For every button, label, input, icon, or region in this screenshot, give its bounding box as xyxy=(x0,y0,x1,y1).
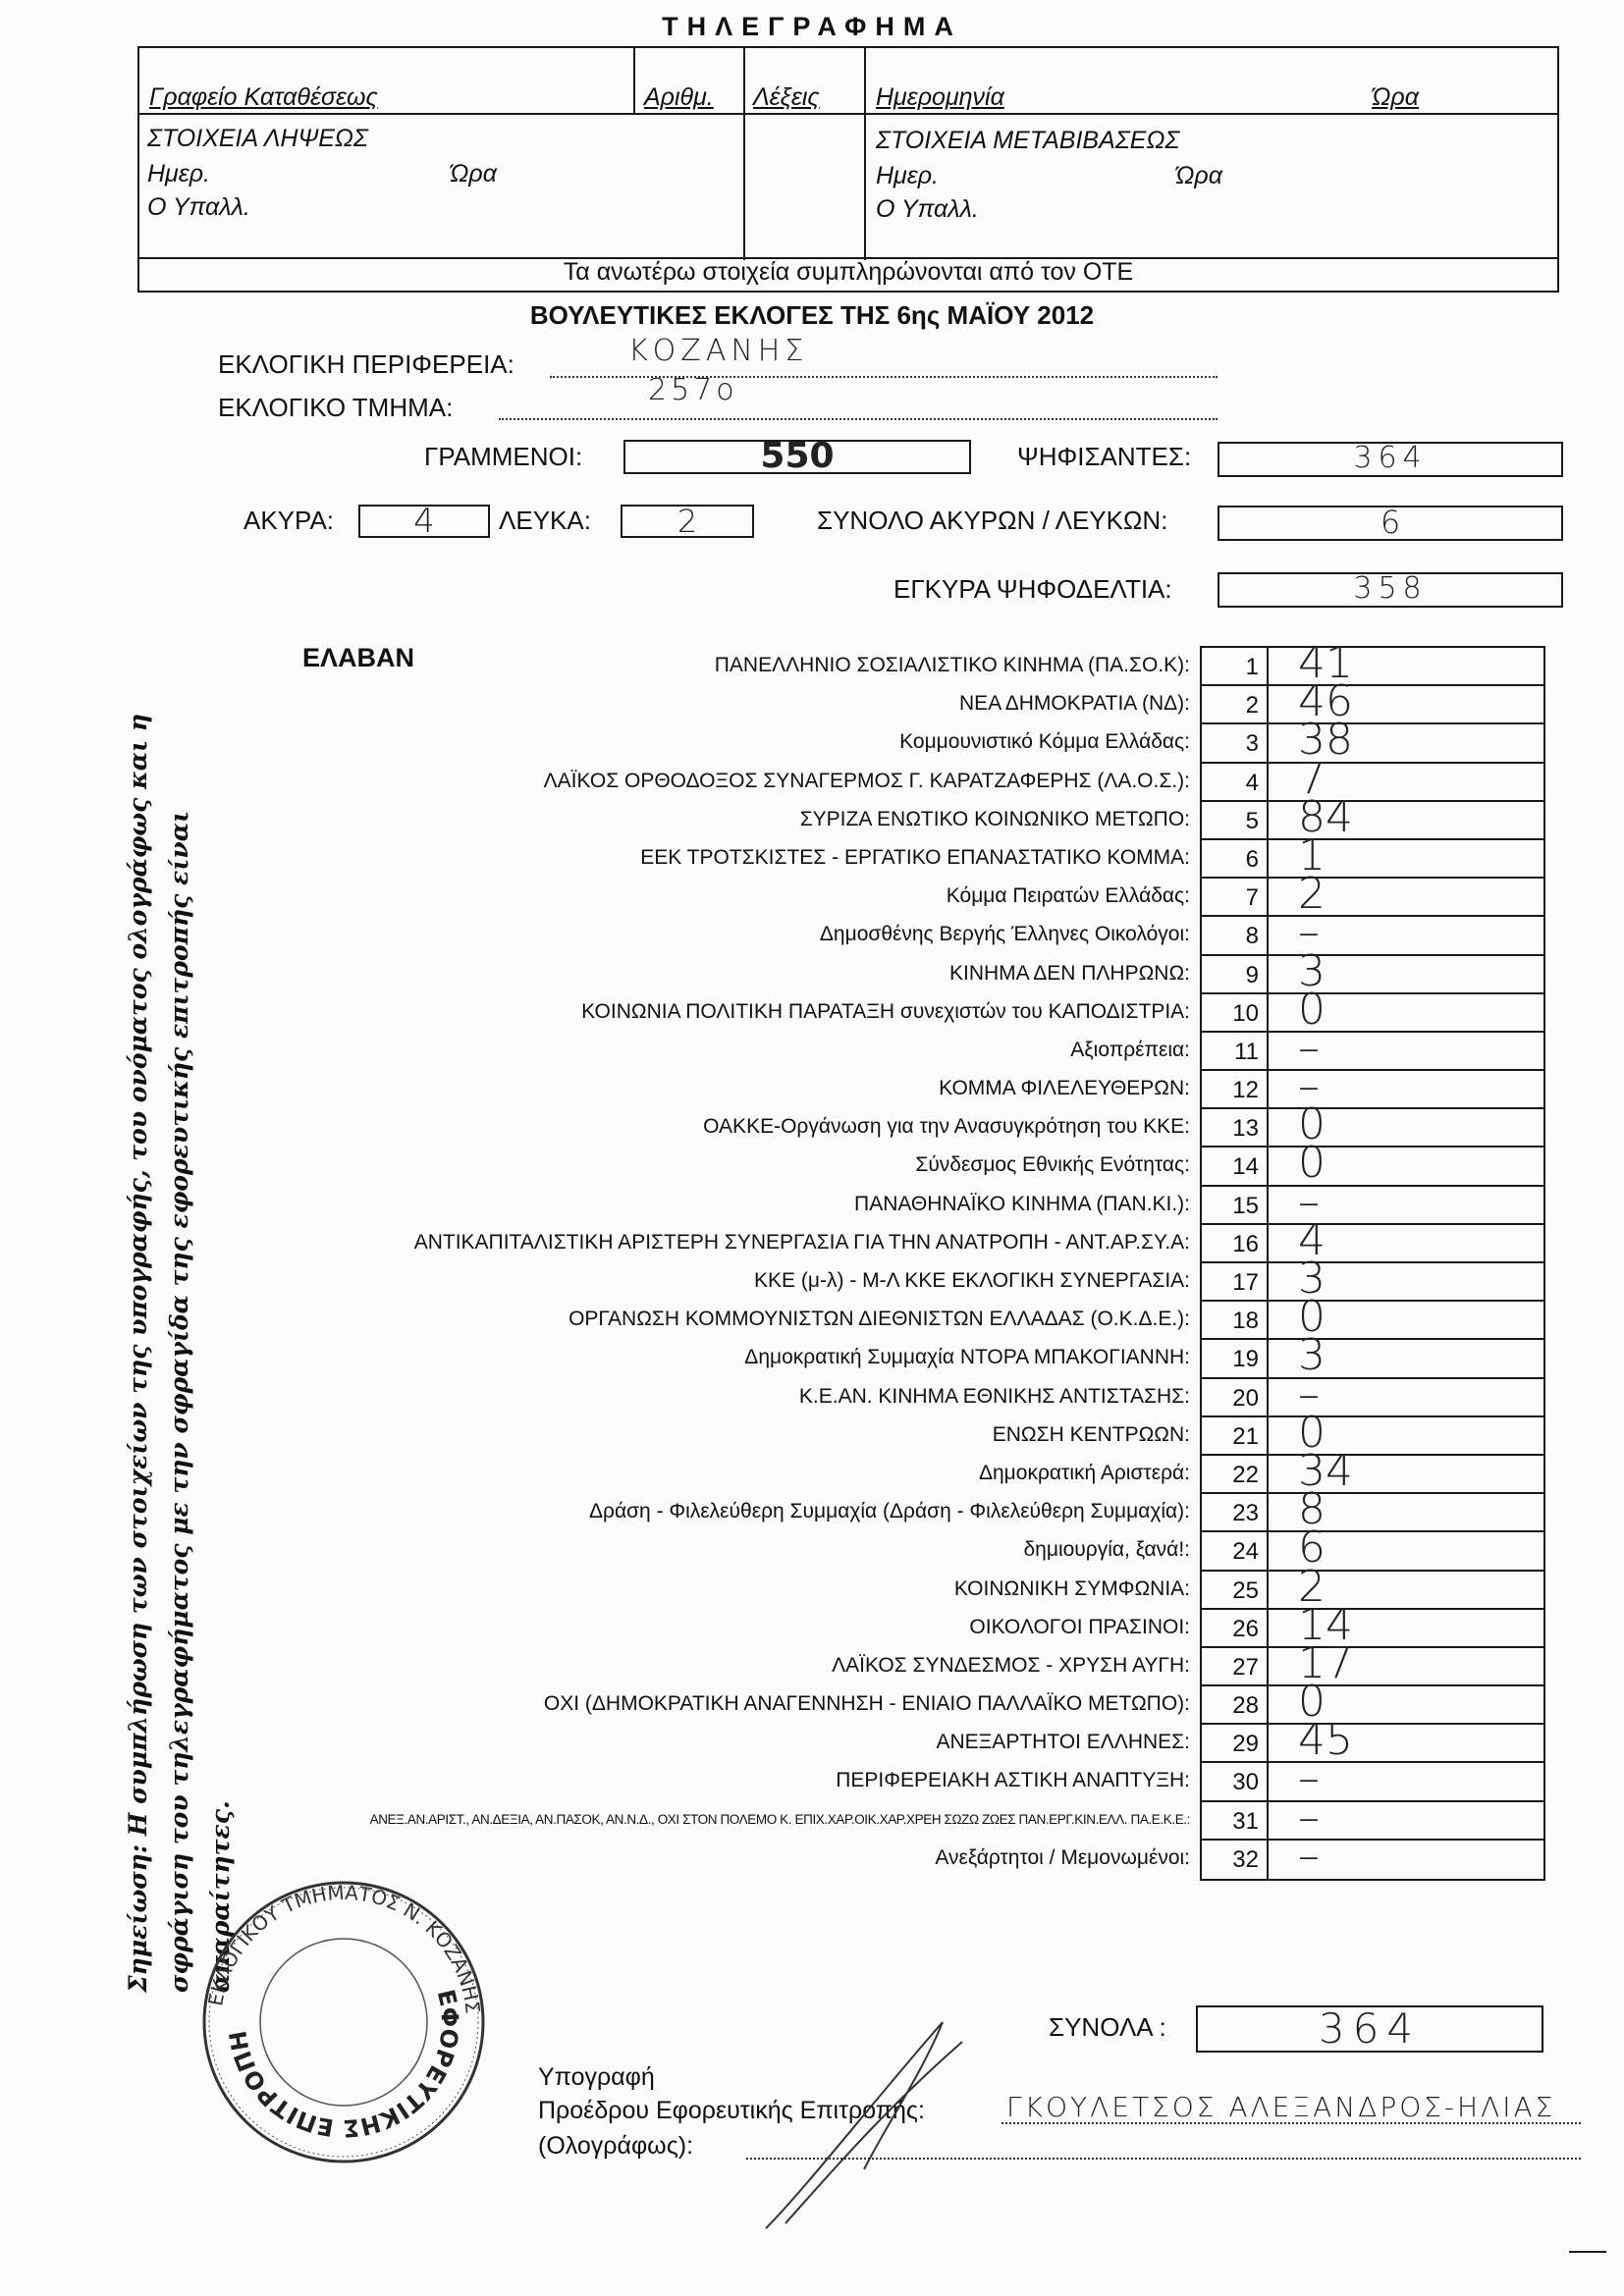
table-row: 11– xyxy=(1202,1033,1543,1071)
table-row: 32– xyxy=(1202,1841,1543,1879)
party-name: Κ.Ε.ΑΝ. ΚΙΝΗΜΑ ΕΘΝΙΚΗΣ ΑΝΤΙΣΤΑΣΗΣ: xyxy=(196,1377,1190,1415)
party-number: 16 xyxy=(1202,1225,1269,1261)
telegram-title: ΤΗΛΕΓΡΑΦΗΜΑ xyxy=(0,12,1624,42)
table-row: 2234 xyxy=(1202,1456,1543,1494)
totals-field[interactable]: 364 xyxy=(1196,2005,1543,2053)
party-number: 3 xyxy=(1202,724,1269,761)
totals-label: ΣΥΝΟΛΑ : xyxy=(1049,2012,1166,2043)
party-name: ΟΧΙ (ΔΗΜΟΚΡΑΤΙΚΗ ΑΝΑΓΕΝΝΗΣΗ - ΕΝΙΑΙΟ ΠΑΛ… xyxy=(196,1684,1190,1723)
receipt-date-label: Ημερ. xyxy=(147,160,210,188)
transmission-date-label: Ημερ. xyxy=(876,162,939,190)
party-name: δημιουργία, ξανά!: xyxy=(196,1530,1190,1569)
party-name: ΟΡΓΑΝΩΣΗ ΚΟΜΜΟΥΝΙΣΤΩΝ ΔΙΕΘΝΙΣΤΩΝ ΕΛΛΑΔΑΣ… xyxy=(196,1300,1190,1338)
party-number: 6 xyxy=(1202,840,1269,877)
party-number: 10 xyxy=(1202,994,1269,1031)
party-name: Δημοκρατική Αριστερά: xyxy=(196,1454,1190,1492)
party-number: 25 xyxy=(1202,1572,1269,1608)
party-votes-cell[interactable]: – xyxy=(1269,1841,1543,1879)
signature-label: Υπογραφή xyxy=(538,2063,655,2092)
registered-label: ΓΡΑΜΜΕΝΟΙ: xyxy=(424,442,582,472)
table-row: 2614 xyxy=(1202,1610,1543,1648)
invalid-blank-total-value: 6 xyxy=(1219,507,1561,537)
totals-value: 364 xyxy=(1198,2007,1542,2051)
table-row: 140 xyxy=(1202,1148,1543,1186)
party-name: ΚΟΜΜΑ ΦΙΛΕΛΕΥΘΕΡΩΝ: xyxy=(196,1069,1190,1107)
party-number: 14 xyxy=(1202,1148,1269,1184)
valid-label: ΕΓΚΥΡΑ ΨΗΦΟΔΕΛΤΙΑ: xyxy=(893,574,1172,605)
invalid-blank-total-field[interactable]: 6 xyxy=(1218,506,1563,541)
divider xyxy=(633,48,635,115)
table-row: 47 xyxy=(1202,764,1543,802)
party-name: ΠΑΝΕΛΛΗΝΙΟ ΣΟΣΙΑΛΙΣΤΙΚΟ ΚΙΝΗΜΑ (ΠΑ.ΣΟ.Κ)… xyxy=(196,646,1190,684)
section-value[interactable]: 257ο xyxy=(648,373,738,407)
valid-value: 358 xyxy=(1219,574,1561,604)
corner-mark xyxy=(1569,2251,1606,2253)
party-name: ΑΝΕΞ.ΑΝ.ΑΡΙΣΤ., ΑΝ.ΔΕΞΙΑ, ΑΝ.ΠΑΣΟΚ, ΑΝ.Ν… xyxy=(196,1800,1190,1839)
party-number: 8 xyxy=(1202,917,1269,953)
table-row: 130 xyxy=(1202,1109,1543,1148)
party-number: 18 xyxy=(1202,1302,1269,1338)
party-number: 1 xyxy=(1202,648,1269,684)
party-number: 15 xyxy=(1202,1187,1269,1223)
table-row: 2717 xyxy=(1202,1648,1543,1686)
party-name: ΕΕΚ ΤΡΟΤΣΚΙΣΤΕΣ - ΕΡΓΑΤΙΚΟ ΕΠΑΝΑΣΤΑΤΙΚΟ … xyxy=(196,838,1190,877)
party-name: ΚΚΕ (μ-λ) - Μ-Λ ΚΚΕ ΕΚΛΟΓΙΚΗ ΣΥΝΕΡΓΑΣΙΑ: xyxy=(196,1261,1190,1300)
committee-stamp: ΕΚΛΟΓΙΚΟΥ ΤΜΗΜΑΤΟΣ Ν. ΚΟΖΑΝΗΣ ΕΦΟΡΕΥΤΙΚΗ… xyxy=(196,1875,491,2169)
party-number: 7 xyxy=(1202,879,1269,915)
party-votes-table: 1412463384758461728–9310011–12–13014015–… xyxy=(1200,646,1545,1881)
table-row: 72 xyxy=(1202,879,1543,917)
region-value[interactable]: ΚΟΖΑΝΗΣ xyxy=(628,334,808,368)
table-row: 61 xyxy=(1202,840,1543,879)
party-name: ΟΑΚΚΕ-Οργάνωση για την Ανασυγκρότηση του… xyxy=(196,1107,1190,1146)
date-label: Ημερομηνία xyxy=(876,83,1004,112)
table-row: 93 xyxy=(1202,956,1543,994)
party-name: ΟΙΚΟΛΟΓΟΙ ΠΡΑΣΙΝΟΙ: xyxy=(196,1608,1190,1646)
party-name: Κομμουνιστικό Κόμμα Ελλάδας: xyxy=(196,722,1190,761)
party-number: 21 xyxy=(1202,1417,1269,1454)
party-number: 26 xyxy=(1202,1610,1269,1646)
signature-mark xyxy=(727,2012,1021,2238)
number-label: Αριθμ. xyxy=(644,83,714,112)
party-number: 27 xyxy=(1202,1648,1269,1684)
party-names-column: ΠΑΝΕΛΛΗΝΙΟ ΣΟΣΙΑΛΙΣΤΙΚΟ ΚΙΝΗΜΑ (ΠΑ.ΣΟ.Κ)… xyxy=(196,646,1190,1877)
party-name: ΚΟΙΝΩΝΙΚΗ ΣΥΜΦΩΝΙΑ: xyxy=(196,1570,1190,1608)
table-row: 100 xyxy=(1202,994,1543,1033)
party-number: 22 xyxy=(1202,1456,1269,1492)
signature-fullname-label: (Ολογράφως): xyxy=(538,2132,693,2161)
party-number: 32 xyxy=(1202,1841,1269,1879)
party-name: Σύνδεσμος Εθνικής Ενότητας: xyxy=(196,1146,1190,1184)
party-name: ΚΟΙΝΩΝΙΑ ΠΟΛΙΤΙΚΗ ΠΑΡΑΤΑΞΗ συνεχιστών το… xyxy=(196,992,1190,1031)
party-number: 11 xyxy=(1202,1033,1269,1069)
party-number: 28 xyxy=(1202,1686,1269,1723)
party-name: Δράση - Φιλελεύθερη Συμμαχία (Δράση - Φι… xyxy=(196,1492,1190,1530)
valid-field[interactable]: 358 xyxy=(1218,572,1563,608)
divider xyxy=(864,48,866,260)
divider xyxy=(139,113,1557,115)
party-name: ΑΝΤΙΚΑΠΙΤΑΛΙΣΤΙΚΗ ΑΡΙΣΤΕΡΗ ΣΥΝΕΡΓΑΣΙΑ ΓΙ… xyxy=(196,1223,1190,1261)
invalid-blank-total-label: ΣΥΝΟΛΟ ΑΚΥΡΩΝ / ΛΕΥΚΩΝ: xyxy=(817,506,1167,536)
party-number: 17 xyxy=(1202,1263,1269,1300)
party-name: Δημοκρατική Συμμαχία ΝΤΟΡΑ ΜΠΑΚΟΓΙΑΝΝΗ: xyxy=(196,1338,1190,1376)
party-votes-value: – xyxy=(1298,1835,1320,1878)
blank-value: 2 xyxy=(623,507,752,536)
party-number: 13 xyxy=(1202,1109,1269,1146)
party-number: 31 xyxy=(1202,1802,1269,1839)
table-row: 8– xyxy=(1202,917,1543,955)
party-name: ΣΥΡΙΖΑ ΕΝΩΤΙΚΟ ΚΟΙΝΩΝΙΚΟ ΜΕΤΩΠΟ: xyxy=(196,800,1190,838)
party-name: ΛΑΪΚΟΣ ΟΡΘΟΔΟΞΟΣ ΣΥΝΑΓΕΡΜΟΣ Γ. ΚΑΡΑΤΖΑΦΕ… xyxy=(196,762,1190,800)
party-name: Κόμμα Πειρατών Ελλάδας: xyxy=(196,877,1190,915)
table-row: 141 xyxy=(1202,648,1543,686)
table-row: 210 xyxy=(1202,1417,1543,1456)
table-row: 164 xyxy=(1202,1225,1543,1263)
party-number: 12 xyxy=(1202,1071,1269,1107)
blank-label: ΛΕΥΚΑ: xyxy=(499,506,591,536)
voted-value: 364 xyxy=(1219,444,1561,473)
table-row: 246 xyxy=(1202,1532,1543,1571)
table-row: 193 xyxy=(1202,1340,1543,1378)
side-note: Σημείωση: Η συμπλήρωση των στοιχείων της… xyxy=(118,618,242,1993)
time-label: Ώρα xyxy=(1372,83,1419,112)
party-name: Ανεξάρτητοι / Μεμονωμένοι: xyxy=(196,1839,1190,1877)
party-name: ΛΑΪΚΟΣ ΣΥΝΔΕΣΜΟΣ - ΧΡΥΣΗ ΑΥΓΗ: xyxy=(196,1646,1190,1684)
table-row: 252 xyxy=(1202,1572,1543,1610)
blank-field[interactable]: 2 xyxy=(621,505,754,538)
invalid-value: 4 xyxy=(360,507,488,536)
president-name-value[interactable]: ΓΚΟΥΛΕΤΣΟΣ ΑΛΕΞΑΝΔΡΟΣ-ΗΛΙΑΣ xyxy=(1006,2091,1555,2123)
table-row: 180 xyxy=(1202,1302,1543,1340)
invalid-field[interactable]: 4 xyxy=(358,505,490,538)
party-number: 2 xyxy=(1202,686,1269,722)
party-number: 9 xyxy=(1202,956,1269,992)
ote-note: Τα ανωτέρω στοιχεία συμπληρώνονται από τ… xyxy=(139,258,1557,287)
transmission-time-label: Ώρα xyxy=(1175,162,1222,190)
party-number: 29 xyxy=(1202,1725,1269,1761)
table-row: 584 xyxy=(1202,802,1543,840)
words-label: Λέξεις xyxy=(753,83,820,112)
party-number: 24 xyxy=(1202,1532,1269,1569)
table-row: 15– xyxy=(1202,1187,1543,1225)
party-number: 4 xyxy=(1202,764,1269,800)
party-number: 30 xyxy=(1202,1763,1269,1799)
voted-field[interactable]: 364 xyxy=(1218,442,1563,477)
party-number: 19 xyxy=(1202,1340,1269,1376)
election-title: ΒΟΥΛΕΥΤΙΚΕΣ ΕΚΛΟΓΕΣ ΤΗΣ 6ης ΜΑΪΟΥ 2012 xyxy=(0,300,1624,331)
telegram-header-box: Γραφείο Καταθέσεως Αριθμ. Λέξεις Ημερομη… xyxy=(137,46,1559,293)
table-row: 2945 xyxy=(1202,1725,1543,1763)
table-row: 246 xyxy=(1202,686,1543,724)
party-name: ΕΝΩΣΗ ΚΕΝΤΡΩΩΝ: xyxy=(196,1415,1190,1454)
registered-field[interactable]: 550 xyxy=(623,440,971,474)
party-name: ΠΕΡΙΦΕΡΕΙΑΚΗ ΑΣΤΙΚΗ ΑΝΑΠΤΥΞΗ: xyxy=(196,1761,1190,1799)
table-row: 338 xyxy=(1202,724,1543,763)
party-number: 23 xyxy=(1202,1494,1269,1530)
party-name: ΚΙΝΗΜΑ ΔΕΝ ΠΛΗΡΩΝΩ: xyxy=(196,954,1190,992)
party-name: Δημοσθένης Βεργής Έλληνες Οικολόγοι: xyxy=(196,915,1190,953)
party-name: Αξιοπρέπεια: xyxy=(196,1031,1190,1069)
party-name: ΝΕΑ ΔΗΜΟΚΡΑΤΙΑ (ΝΔ): xyxy=(196,684,1190,722)
receipt-employee-label: Ο Υπαλλ. xyxy=(147,193,250,222)
transmission-employee-label: Ο Υπαλλ. xyxy=(876,195,979,224)
region-label: ΕΚΛΟΓΙΚΗ ΠΕΡΙΦΕΡΕΙΑ: xyxy=(218,349,514,380)
invalid-label: ΑΚΥΡΑ: xyxy=(244,506,334,536)
table-row: 12– xyxy=(1202,1071,1543,1109)
receipt-section-title: ΣΤΟΙΧΕΙΑ ΛΗΨΕΩΣ xyxy=(147,125,368,153)
transmission-section-title: ΣΤΟΙΧΕΙΑ ΜΕΤΑΒΙΒΑΣΕΩΣ xyxy=(876,127,1179,155)
voted-label: ΨΗΦΙΣΑΝΤΕΣ: xyxy=(1017,442,1191,472)
table-row: 30– xyxy=(1202,1763,1543,1801)
party-number: 20 xyxy=(1202,1379,1269,1415)
table-row: 31– xyxy=(1202,1802,1543,1841)
table-row: 238 xyxy=(1202,1494,1543,1532)
table-row: 20– xyxy=(1202,1379,1543,1417)
deposit-office-label: Γραφείο Καταθέσεως xyxy=(149,83,378,112)
party-name: ΑΝΕΞΑΡΤΗΤΟΙ ΕΛΛΗΝΕΣ: xyxy=(196,1723,1190,1761)
table-row: 173 xyxy=(1202,1263,1543,1302)
party-name: ΠΑΝΑΘΗΝΑΪΚΟ ΚΙΝΗΜΑ (ΠΑΝ.ΚΙ.): xyxy=(196,1185,1190,1223)
section-label: ΕΚΛΟΓΙΚΟ ΤΜΗΜΑ: xyxy=(218,393,453,423)
section-dotted-line xyxy=(499,418,1218,420)
table-row: 280 xyxy=(1202,1686,1543,1725)
divider xyxy=(743,48,745,260)
receipt-time-label: Ώρα xyxy=(450,160,497,188)
registered-value: 550 xyxy=(625,442,969,471)
party-number: 5 xyxy=(1202,802,1269,838)
